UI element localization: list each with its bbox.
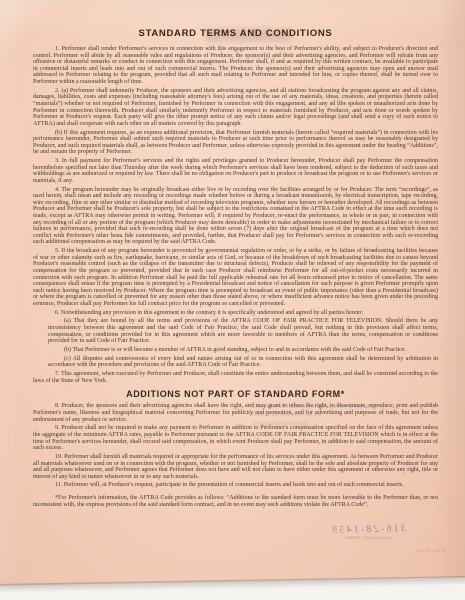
clause-6a: (a) That they are bound by all the terms…	[48, 318, 438, 344]
document-title: STANDARD TERMS AND CONDITIONS	[33, 28, 438, 39]
clause-10: 10. Performer shall furnish all material…	[33, 454, 438, 480]
clause-7: 7. This agreement, when executed by Perf…	[33, 371, 438, 384]
clause-3: 3. In full payment for Performer's servi…	[33, 158, 438, 184]
clause-5: 5. If the broadcast of any program hereu…	[33, 248, 438, 307]
bleedthrough-ssn-handwriting: 316-28-1459	[302, 522, 434, 536]
clause-2b: (b) If this agreement requires, as an ex…	[33, 130, 438, 156]
clause-8: 8. Producer, the sponsors and their adve…	[33, 403, 438, 423]
paper-edge-shading	[439, 0, 465, 600]
clause-6c: (c) All disputes and controversies of ev…	[48, 356, 438, 369]
additions-heading: ADDITIONS NOT PART OF STANDARD FORM*	[33, 389, 438, 399]
clause-1: 1. Performer shall render Performer's se…	[33, 46, 438, 86]
bleedthrough-ssn-label: Social Security Number	[318, 536, 418, 541]
clause-2a: 2. (a) Performer shall indemnify Produce…	[33, 88, 438, 128]
aftra-footnote: *For Performer's information, the AFTRA …	[33, 495, 438, 508]
clause-11: 11. Performer will, at Producer's reques…	[33, 482, 438, 489]
clause-6: 6. Notwithstanding any provision in this…	[33, 310, 438, 317]
clause-9: 9. Producer shall not be required to mak…	[33, 425, 438, 451]
clause-6b: (b) That Performer is or will become a m…	[48, 347, 438, 354]
clause-4: 4. The program hereunder may be original…	[33, 187, 438, 246]
document-body: STANDARD TERMS AND CONDITIONS 1. Perform…	[33, 0, 438, 510]
contract-paper: STANDARD TERMS AND CONDITIONS 1. Perform…	[0, 0, 465, 600]
